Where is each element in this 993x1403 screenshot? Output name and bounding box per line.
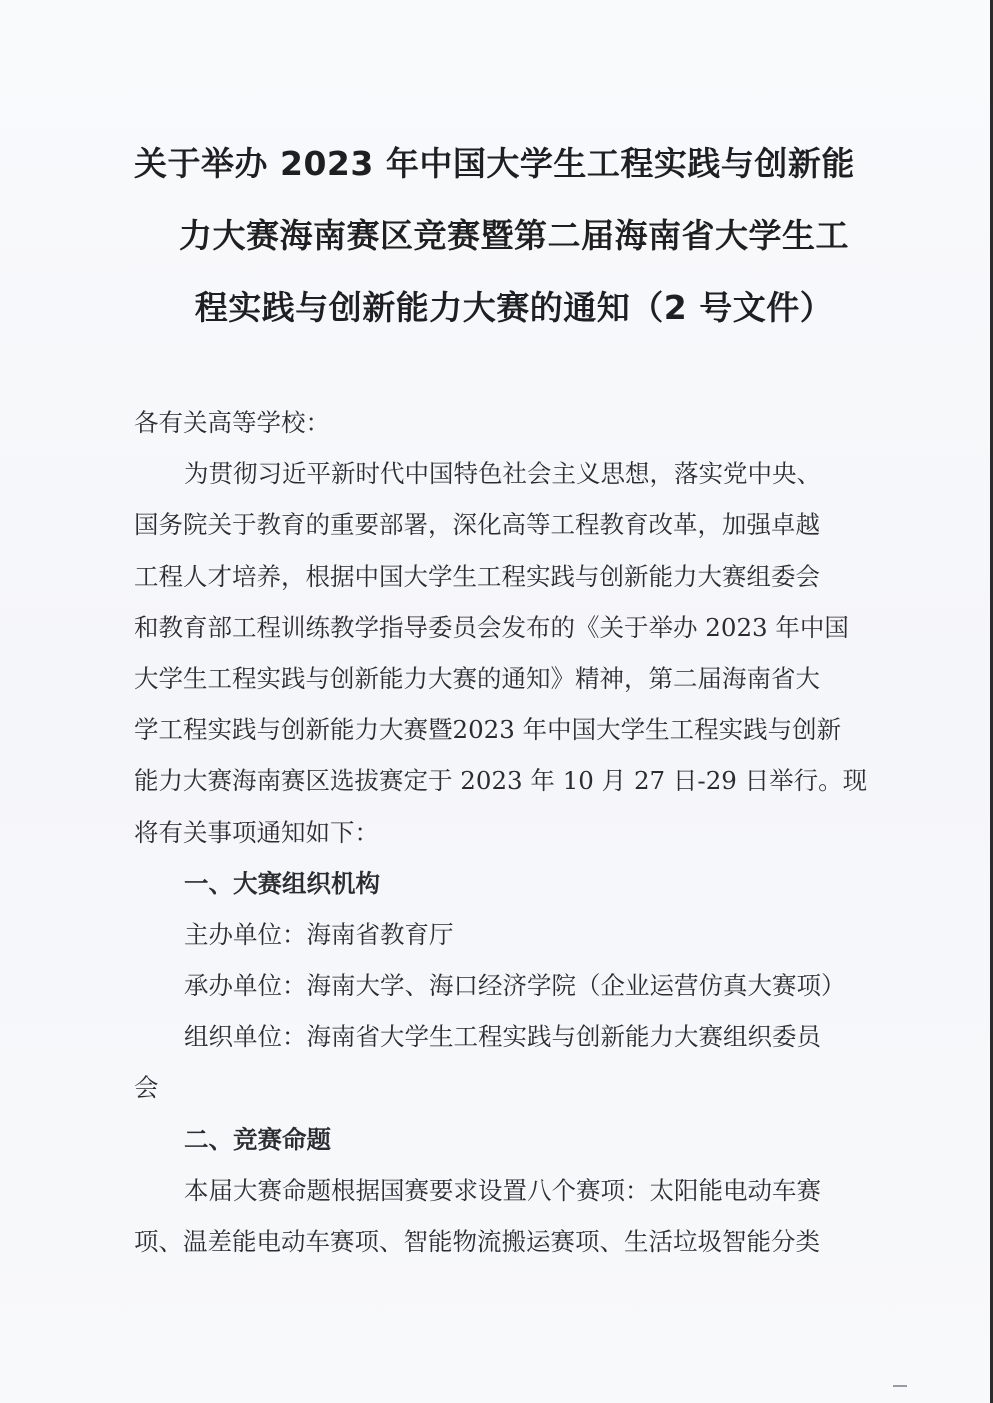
intro-line: 工程人才培养，根据中国大学生工程实践与创新能力大赛组委会	[134, 551, 894, 602]
section-heading-organization: 一、大赛组织机构	[134, 858, 894, 909]
document-body: 各有关高等学校： 为贯彻习近平新时代中国特色社会主义思想，落实党中央、 国务院关…	[134, 397, 894, 1267]
intro-line: 学工程实践与创新能力大赛暨2023 年中国大学生工程实践与创新	[134, 704, 894, 755]
document-page: 关于举办 2023 年中国大学生工程实践与创新能 力大赛海南赛区竞赛暨第二届海南…	[0, 0, 990, 1403]
title-line-2: 力大赛海南赛区竞赛暨第二届海南省大学生工	[134, 200, 894, 272]
intro-line: 国务院关于教育的重要部署，深化高等工程教育改革，加强卓越	[134, 499, 894, 550]
intro-line: 为贯彻习近平新时代中国特色社会主义思想，落实党中央、	[134, 448, 894, 499]
intro-line: 将有关事项通知如下：	[134, 807, 894, 858]
intro-line: 和教育部工程训练教学指导委员会发布的《关于举办 2023 年中国	[134, 602, 894, 653]
organizer-committee: 组织单位：海南省大学生工程实践与创新能力大赛组织委员	[134, 1011, 894, 1062]
section-heading-topics: 二、竞赛命题	[134, 1114, 894, 1165]
organizer-committee-cont: 会	[134, 1062, 894, 1113]
salutation: 各有关高等学校：	[134, 397, 894, 448]
scan-mark	[893, 1385, 907, 1387]
document-title: 关于举办 2023 年中国大学生工程实践与创新能 力大赛海南赛区竞赛暨第二届海南…	[134, 128, 894, 344]
title-line-3: 程实践与创新能力大赛的通知（2 号文件）	[134, 272, 894, 344]
intro-line: 能力大赛海南赛区选拔赛定于 2023 年 10 月 27 日-29 日举行。现	[134, 755, 894, 806]
organizer-host: 主办单位：海南省教育厅	[134, 909, 894, 960]
intro-line: 大学生工程实践与创新能力大赛的通知》精神，第二届海南省大	[134, 653, 894, 704]
organizer-undertaker: 承办单位：海南大学、海口经济学院（企业运营仿真大赛项）	[134, 960, 894, 1011]
topics-line: 本届大赛命题根据国赛要求设置八个赛项：太阳能电动车赛	[134, 1165, 894, 1216]
topics-line: 项、温差能电动车赛项、智能物流搬运赛项、生活垃圾智能分类	[134, 1216, 894, 1267]
title-line-1: 关于举办 2023 年中国大学生工程实践与创新能	[134, 128, 894, 200]
